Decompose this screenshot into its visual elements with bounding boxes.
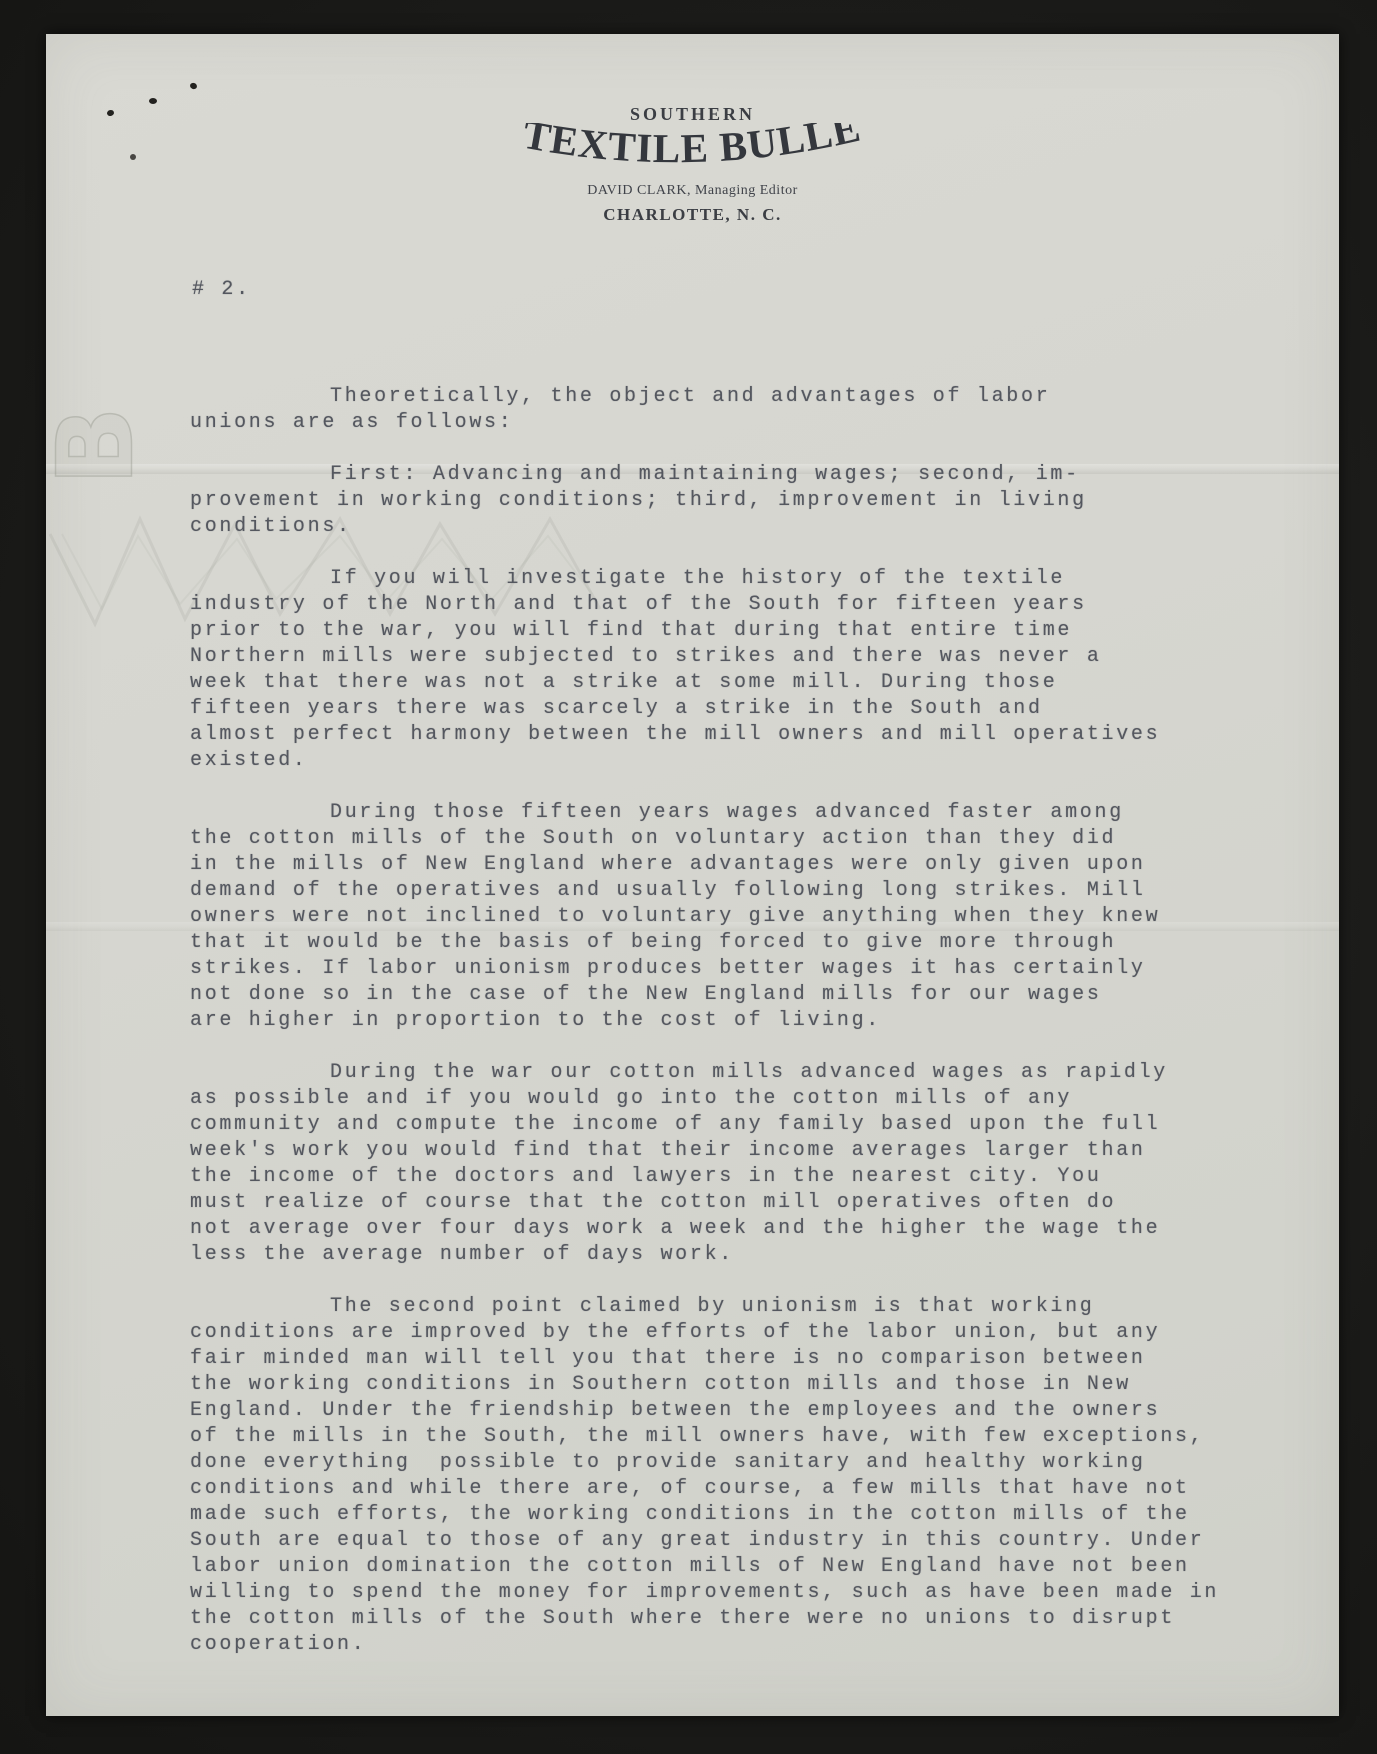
text-line: almost perfect harmony between the mill … [190,722,1300,748]
text-line: fifteen years there was scarcely a strik… [190,696,1300,722]
text-line: cooperation. [190,1632,1300,1658]
letterhead-supertitle: SOUTHERN [46,104,1339,125]
ink-speck [189,82,198,90]
text-line: done everything possible to provide sani… [190,1450,1300,1476]
text-line: provement in working conditions; third, … [190,488,1300,514]
text-line: made such efforts, the working condition… [190,1502,1300,1528]
text-line: Theoretically, the object and advantages… [190,384,1300,410]
text-line: During those fifteen years wages advance… [190,800,1300,826]
text-line: are higher in proportion to the cost of … [190,1008,1300,1034]
text-line: the income of the doctors and lawyers in… [190,1164,1300,1190]
scanned-letter-page: { "scan": { "background_color": "#1b1b19… [0,0,1377,1754]
letterhead-editor-line: DAVID CLARK, Managing Editor [46,183,1339,199]
text-line: demand of the operatives and usually fol… [190,878,1300,904]
paragraph: If you will investigate the history of t… [190,566,1300,774]
text-line: the cotton mills of the South where ther… [190,1606,1300,1632]
text-line: less the average number of days work. [190,1242,1300,1268]
text-line: labor union domination the cotton mills … [190,1554,1300,1580]
text-line: in the mills of New England where advant… [190,852,1300,878]
paragraph: The second point claimed by unionism is … [190,1294,1300,1658]
svg-text:TEXTILE BULLETIN: TEXTILE BULLETIN [513,123,865,171]
letter-body: Theoretically, the object and advantages… [190,384,1300,1658]
text-line: week that there was not a strike at some… [190,670,1300,696]
text-line: South are equal to those of any great in… [190,1528,1300,1554]
text-line: not done so in the case of the New Engla… [190,982,1300,1008]
text-line: conditions are improved by the efforts o… [190,1320,1300,1346]
text-line: the working conditions in Southern cotto… [190,1372,1300,1398]
text-line: week's work you would find that their in… [190,1138,1300,1164]
text-line: fair minded man will tell you that there… [190,1346,1300,1372]
text-line: The second point claimed by unionism is … [190,1294,1300,1320]
text-line: prior to the war, you will find that dur… [190,618,1300,644]
letterhead: SOUTHERN TEXTILE BULLETIN DAVID CLARK, M… [46,104,1339,225]
paragraph: During those fifteen years wages advance… [190,800,1300,1034]
letterhead-location-line: CHARLOTTE, N. C. [46,205,1339,225]
letter-paper: B SOUTHERN TEXTILE BULLETIN DAVID CLARK,… [46,34,1339,1716]
text-line: conditions and while there are, of cours… [190,1476,1300,1502]
text-line: as possible and if you would go into the… [190,1086,1300,1112]
page-number: # 2. [192,278,251,301]
text-line: that it would be the basis of being forc… [190,930,1300,956]
text-line: First: Advancing and maintaining wages; … [190,462,1300,488]
text-line: unions are as follows: [190,410,1300,436]
letterhead-title-text: TEXTILE BULLETIN [513,123,865,171]
text-line: Northern mills were subjected to strikes… [190,644,1300,670]
text-line: conditions. [190,514,1300,540]
text-line: must realize of course that the cotton m… [190,1190,1300,1216]
paragraph: During the war our cotton mills advanced… [190,1060,1300,1268]
text-line: the cotton mills of the South on volunta… [190,826,1300,852]
text-line: community and compute the income of any … [190,1112,1300,1138]
text-line: industry of the North and that of the So… [190,592,1300,618]
text-line: During the war our cotton mills advanced… [190,1060,1300,1086]
text-line: owners were not inclined to voluntary gi… [190,904,1300,930]
text-line: If you will investigate the history of t… [190,566,1300,592]
text-line: willing to spend the money for improveme… [190,1580,1300,1606]
paragraph: First: Advancing and maintaining wages; … [190,462,1300,540]
paragraph: Theoretically, the object and advantages… [190,384,1300,436]
letterhead-title: TEXTILE BULLETIN [513,123,873,181]
text-line: England. Under the friendship between th… [190,1398,1300,1424]
text-line: existed. [190,748,1300,774]
text-line: strikes. If labor unionism produces bett… [190,956,1300,982]
text-line: not average over four days work a week a… [190,1216,1300,1242]
text-line: of the mills in the South, the mill owne… [190,1424,1300,1450]
